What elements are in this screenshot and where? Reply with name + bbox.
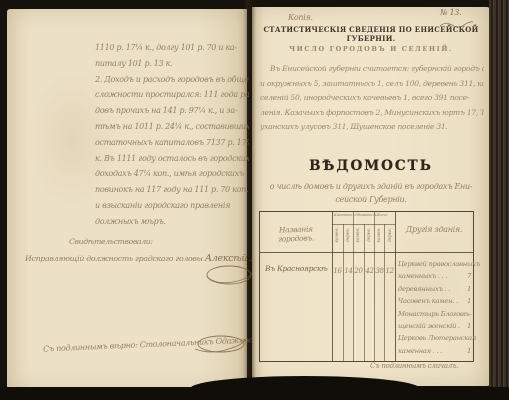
page-title: СТАТИСТИЧЕСКІЯ СВЕДЕНІЯ ПО ЕНИСЕЙСКОЙ ГУ… [252, 25, 490, 43]
table-sub-header: камен. [335, 227, 340, 243]
handwritten-line: питалу 101 р. 13 к. [95, 56, 249, 72]
page-stack-edge [489, 0, 509, 395]
other-buildings-line: Церквей православныхъ [398, 258, 471, 270]
statistics-table: Названія городовъ. Другія зданія. Казенн… [259, 211, 474, 362]
table-subcolumn-line [384, 224, 385, 361]
other-buildings-line: щенскій женскій . 1 [398, 320, 471, 332]
table-header-rule [260, 252, 473, 253]
other-buildings-line: каменныхъ . . . 7 [398, 270, 471, 282]
photo-bottom-edge [0, 387, 509, 400]
other-building-value: 1 [467, 283, 471, 295]
vedomost-subtitle-line: сейской Губерніи. [252, 194, 490, 207]
other-buildings-list: Церквей православныхъ каменныхъ . . . 7 … [398, 258, 471, 357]
other-buildings-line: Церковь Лютеранская [398, 332, 471, 344]
handwritten-line: должныхъ мѣръ. [95, 214, 249, 230]
paragraph-line: селеній 50, инородческихъ кочевьевъ 1, в… [260, 91, 484, 106]
other-building-value: 1 [467, 320, 471, 332]
paragraph-line: уханскихъ улусовъ 311, Шушенское поселен… [260, 120, 484, 135]
table-cell-value: 12 [384, 267, 395, 275]
vedomost-subtitle-line: о числѣ домовъ и другихъ зданій въ город… [252, 181, 490, 194]
table-sub-header: дерев. [346, 227, 351, 243]
folio-number: № 13. [440, 8, 461, 17]
other-buildings-line: Монастырь Благовѣ- [398, 308, 471, 320]
copy-annotation: Копія. [288, 13, 313, 22]
table-subcolumn-line [374, 224, 375, 361]
other-building-label: Церквей православныхъ [398, 258, 480, 270]
table-row-name: Въ Красноярскѣ [265, 264, 328, 273]
other-building-label: Часовенъ камен. . [398, 295, 458, 307]
table-column-line [332, 212, 333, 361]
paragraph-line: Въ Енисейской губерніи считается: губерн… [260, 62, 484, 77]
handwritten-line: и взысканіи городскаго правленія [95, 198, 249, 214]
table-sub-header: камен. [356, 227, 361, 243]
below-table-note: Съ подлиннымъ сличалъ. [370, 362, 458, 370]
other-buildings-line: Часовенъ камен. . 1 [398, 295, 471, 307]
table-cell-value: 16 [332, 267, 343, 275]
handwritten-line: сложности простирался: 111 года расхо- [95, 87, 249, 103]
left-page-text: 1110 р. 17¼ к., долгу 101 р. 70 и ка- пи… [95, 40, 249, 230]
table-group-header: Всего [377, 213, 387, 217]
other-building-label: каменная . . . [398, 345, 442, 357]
other-building-label: щенскій женскій . [398, 320, 460, 332]
book-gutter-shadow [243, 0, 256, 398]
other-building-value: 1 [467, 345, 471, 357]
table-group-rule [332, 224, 395, 225]
handwritten-line: 1110 р. 17¼ к., долгу 101 р. 70 и ка- [95, 40, 249, 56]
table-column-line [395, 212, 396, 361]
handwritten-line: остаточныхъ капиталовъ 7137 р. 17¼ [95, 135, 249, 151]
other-building-value: 1 [467, 295, 471, 307]
table-sub-header: камен. [377, 227, 382, 243]
handwritten-line: к. Въ 1111 году осталось въ городскихъ [95, 151, 249, 167]
table-name-header: Названія городовъ. [262, 224, 331, 244]
attestation-line: Свидѣтельствовали: [69, 237, 153, 246]
table-subcolumn-line [364, 224, 365, 361]
left-page: 1110 р. 17¼ к., долгу 101 р. 70 и ка- пи… [7, 9, 247, 390]
table-subcolumn-line [353, 224, 354, 361]
other-buildings-line: деревянныхъ . . 1 [398, 283, 471, 295]
book-scan: 1110 р. 17¼ к., долгу 101 р. 70 и ка- пи… [0, 0, 509, 400]
handwritten-line: доходахъ 47¼ коп., имѣя городскихъ [95, 166, 249, 182]
table-sub-header: дерев. [388, 227, 393, 243]
other-building-label: деревянныхъ . . [398, 283, 450, 295]
table-subcolumn-line [343, 224, 344, 361]
handwritten-line: 2. Доходъ и расходъ городовъ въ общей [95, 72, 249, 88]
table-sub-header: дерев. [367, 227, 372, 243]
other-building-label: каменныхъ . . . [398, 270, 447, 282]
other-building-value: 7 [467, 270, 471, 282]
table-cell-value: 20 [353, 267, 364, 275]
handwritten-line: повинокъ на 117 году на 111 р. 70 коп. [95, 182, 249, 198]
signatory-title: Исправляющій должность градскаго головы [25, 254, 203, 263]
other-building-label: Монастырь Благовѣ- [398, 308, 471, 320]
table-group-header: Казенныхъ [334, 213, 355, 217]
paragraph-line: и окружныхъ 5, заштатныхъ 1, селъ 100, д… [260, 77, 484, 92]
paragraph-line: ленія. Казачьихъ форпостовъ 2, Минусинск… [260, 106, 484, 121]
vedomost-title: ВѢДОМОСТЬ [252, 158, 490, 174]
other-building-label: Церковь Лютеранская [398, 332, 476, 344]
handwritten-line: довъ прочихъ на 141 р. 97¼ к., и за- [95, 103, 249, 119]
page-subtitle: ЧИСЛО ГОРОДОВЪ И СЕЛЕНІЙ. [252, 45, 490, 53]
right-page: Копія. № 13. СТАТИСТИЧЕСКІЯ СВЕДЕНІЯ ПО … [252, 7, 490, 386]
table-other-header: Другія зданія. [397, 225, 471, 234]
certification-flourish-icon [193, 331, 245, 357]
table-group-header: Обыватель. [355, 213, 378, 217]
report-paragraph: Въ Енисейской губерніи считается: губерн… [260, 62, 484, 135]
other-buildings-line: каменная . . . 1 [398, 345, 471, 357]
handwritten-line: тѣмъ на 1011 р. 24¼ к., составившихъ [95, 119, 249, 135]
vedomost-subtitle: о числѣ домовъ и другихъ зданій въ город… [252, 181, 490, 206]
